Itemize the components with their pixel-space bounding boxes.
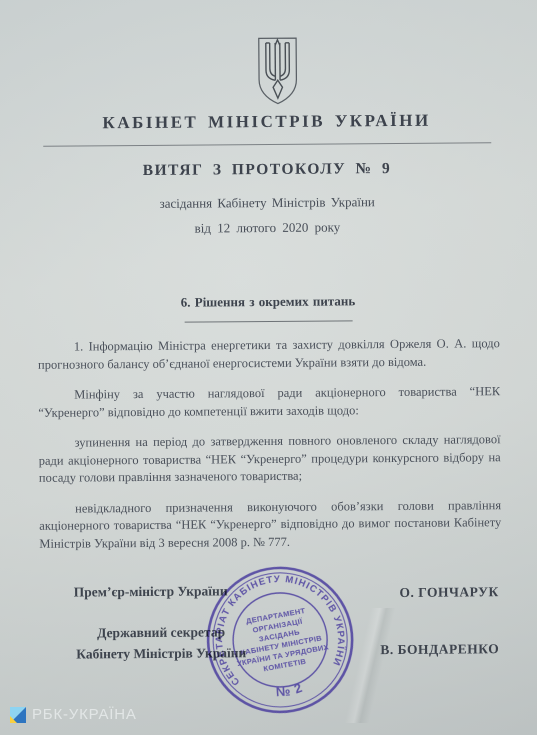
watermark-label: РБК-УКРАЇНА bbox=[32, 706, 137, 723]
org-name: КАБІНЕТ МІНІСТРІВ УКРАЇНИ bbox=[0, 110, 535, 134]
stamp-number-text: № 2 bbox=[274, 679, 306, 701]
round-stamp: СЕКРЕТАРІАТ КАБІНЕТУ МІНІСТРІВ УКРАЇНИ №… bbox=[187, 547, 373, 733]
ukraine-trident-emblem bbox=[253, 36, 302, 106]
paragraph-2: Мінфіну за участю наглядової ради акціон… bbox=[38, 383, 500, 422]
rbc-ukraine-logo-icon bbox=[10, 707, 26, 723]
section-heading: 6. Рішення з окремих питань bbox=[0, 292, 537, 312]
protocol-extract-document: КАБІНЕТ МІНІСТРІВ УКРАЇНИ ВИТЯГ З ПРОТОК… bbox=[0, 0, 537, 735]
header-divider bbox=[43, 142, 491, 147]
signature-name-honcharuk: О. ГОНЧАРУК bbox=[399, 584, 498, 601]
body-text: 1. Інформацію Міністра енергетики та зах… bbox=[38, 335, 502, 566]
document-photo: КАБІНЕТ МІНІСТРІВ УКРАЇНИ ВИТЯГ З ПРОТОК… bbox=[0, 0, 537, 735]
document-title: ВИТЯГ З ПРОТОКОЛУ № 9 bbox=[0, 159, 536, 181]
paragraph-1: 1. Інформацію Міністра енергетики та зах… bbox=[38, 335, 500, 374]
document-subtitle-session: засідання Кабінету Міністрів України bbox=[0, 193, 536, 213]
document-subtitle-date: від 12 лютого 2020 року bbox=[0, 218, 536, 238]
svg-text:№ 2: № 2 bbox=[274, 679, 306, 701]
section-heading-underline bbox=[185, 320, 353, 322]
signature-name-bondarenko: В. БОНДАРЕНКО bbox=[380, 641, 499, 658]
rbc-ukraine-watermark: РБК-УКРАЇНА bbox=[10, 706, 137, 723]
paragraph-3: зупинення на період до затвердження повн… bbox=[39, 431, 501, 487]
paragraph-4: невідкладного призначення виконуючого об… bbox=[39, 497, 501, 553]
